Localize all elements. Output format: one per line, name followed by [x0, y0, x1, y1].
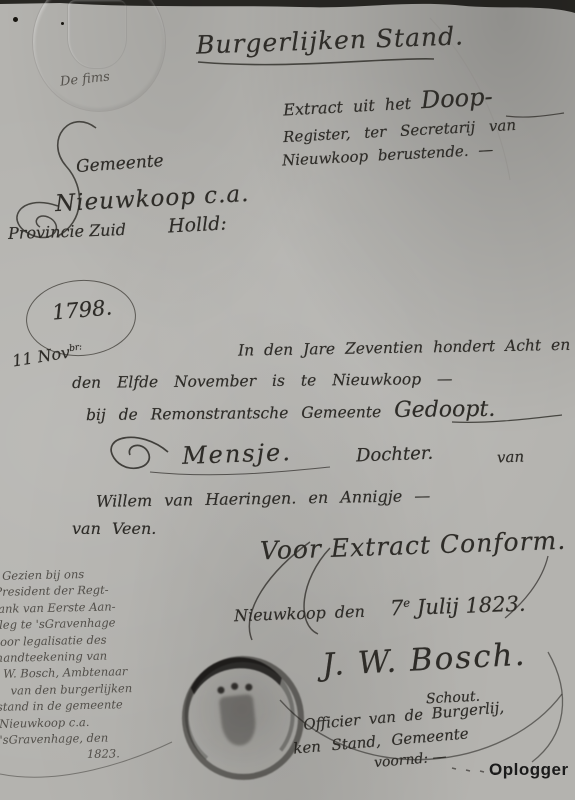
parents-line-2: van Veen.: [72, 519, 156, 538]
extract-line-1-text: Extract uit het: [283, 93, 422, 119]
act-line-3-text: bij de Remonstrantsche Gemeente: [86, 403, 394, 424]
closing-date-rest: Julij 1823.: [410, 592, 526, 620]
embossed-seal-shield: [67, 0, 127, 69]
margin-date-main: 11 Nov: [11, 343, 71, 371]
closing-place: Nieuwkoop den: [234, 602, 365, 626]
province-label: Provincie Zuid: [8, 220, 127, 243]
municipality-label: Gemeente: [75, 151, 164, 177]
document-page: Burgerlijken Stand. De fims Extract uit …: [0, 0, 575, 800]
margin-date: 11 Novbr:: [11, 341, 84, 371]
signature-function-line-3: voornd: —: [373, 749, 447, 771]
extract-line-3: Nieuwkoop berustende. —: [282, 140, 494, 169]
act-line-3-emphasis: Gedoopt.: [394, 397, 495, 423]
coat-of-arms-stamp-icon: [176, 650, 310, 786]
ink-speck: [13, 17, 18, 22]
closing-date-day: 7: [390, 596, 404, 620]
photographer-watermark: Oplogger: [489, 760, 569, 780]
child-of: van: [497, 448, 525, 467]
parents-line-1: Willem van Haeringen. en Annigje —: [96, 486, 431, 511]
embossed-seal: [32, 0, 166, 112]
ink-speck: [61, 22, 64, 25]
signature-function-line-1: Officier van de Burgerlij,: [303, 698, 505, 733]
document-title: Burgerlijken Stand.: [196, 21, 465, 59]
conform-statement: Voor Extract Conform.: [260, 526, 567, 566]
closing-date: 7e Julij 1823.: [390, 592, 526, 621]
child-name: Mensje.: [182, 438, 293, 470]
signature-name: J. W. Bosch.: [321, 637, 527, 684]
child-relation: Dochter.: [356, 443, 434, 467]
municipality-name: Nieuwkoop c.a.: [54, 181, 250, 217]
legalization-note: Gezien bij ons President der Regt- bank …: [0, 564, 187, 765]
extract-line-1: Extract uit het Doop-: [282, 83, 493, 122]
act-line-3: bij de Remonstrantsche Gemeente Gedoopt.: [86, 397, 496, 426]
margin-date-sup: br:: [69, 342, 83, 354]
act-line-1: In den Jare Zeventien hondert Acht en Ne…: [238, 334, 575, 359]
act-line-2: den Elfde November is te Nieuwkoop —: [72, 370, 453, 392]
legalization-line: 1823.: [87, 744, 187, 762]
extract-line-1-emphasis: Doop-: [420, 83, 493, 115]
province-abbreviation: Holld:: [167, 212, 227, 237]
